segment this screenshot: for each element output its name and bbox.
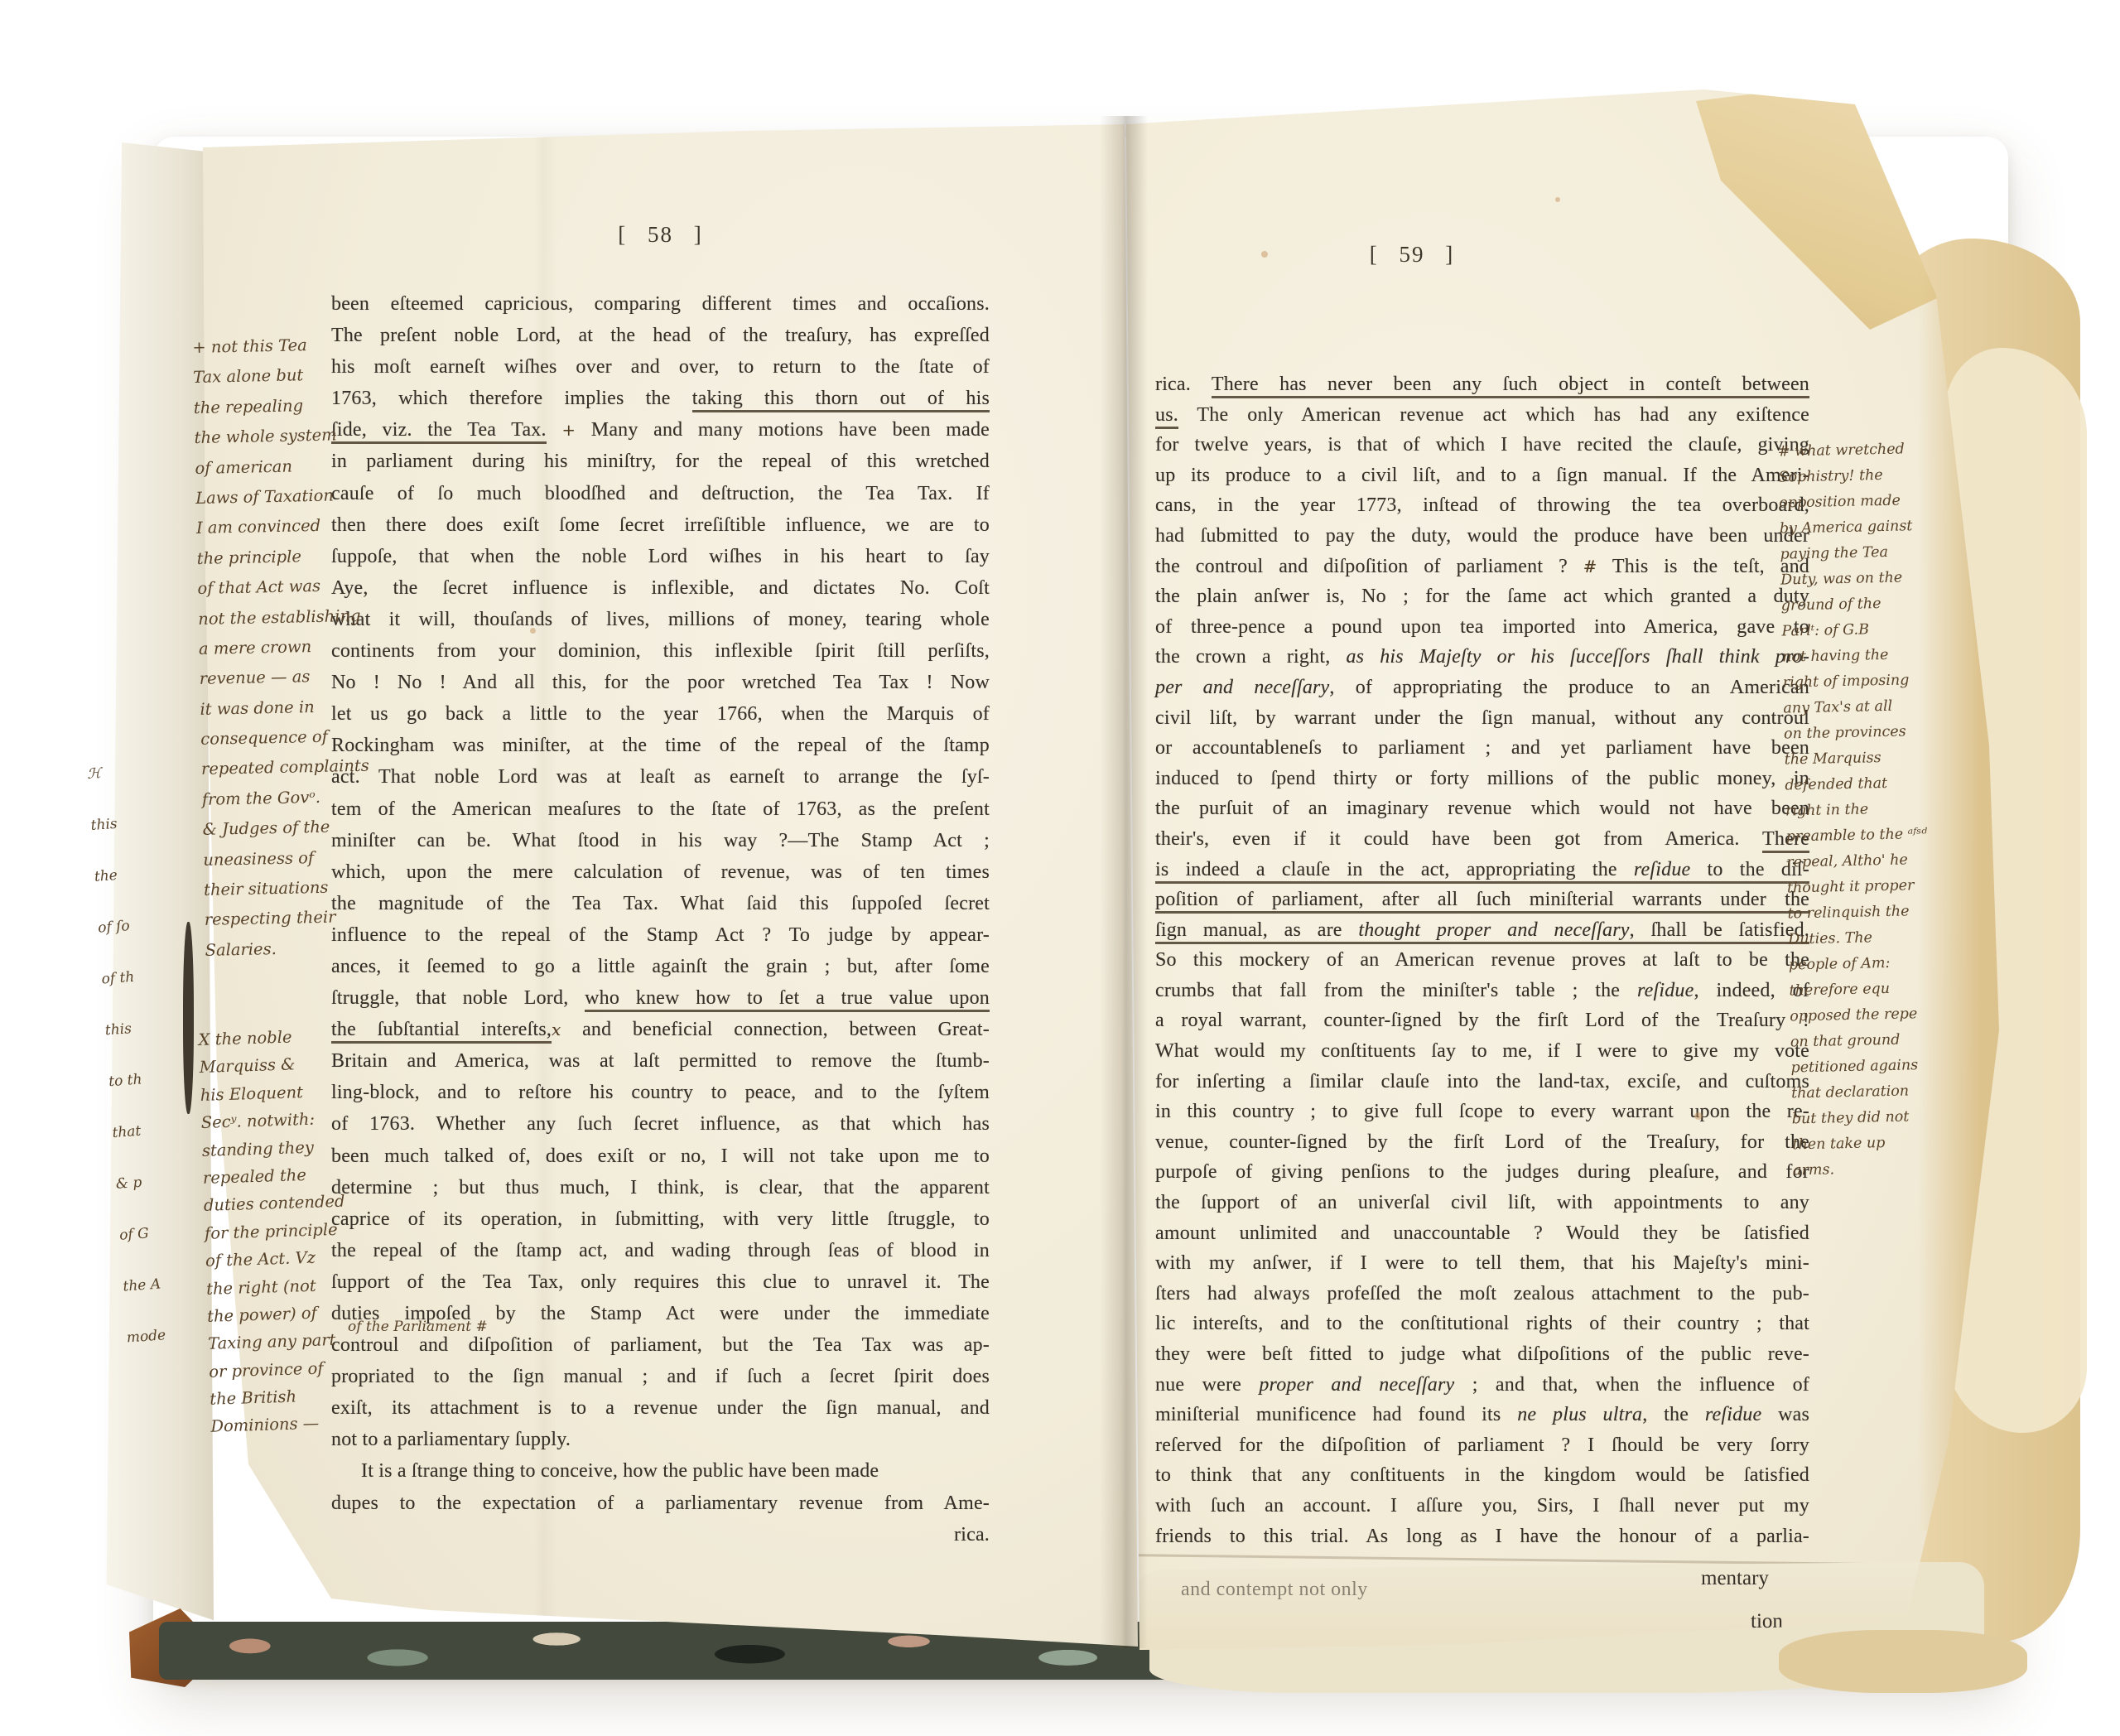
text-line: poſition of parliament, after all ſuch m… <box>1155 885 1809 915</box>
text-line: ſters had always profeſſed the moſt zeal… <box>1155 1279 1809 1309</box>
text-line: tem of the American meaſures to the ſtat… <box>331 793 990 825</box>
margin-note: Duties. The <box>1788 923 1987 952</box>
text-line: ſupport of the Tea Tax, only requires th… <box>331 1266 990 1298</box>
text-line: friends to this trial. As long as I have… <box>1155 1521 1809 1552</box>
margin-note: consequence of <box>200 721 354 755</box>
text-line: the crown a right, as his Majeſty or his… <box>1155 642 1809 673</box>
margin-note: mode <box>125 1307 205 1363</box>
margin-note: # what wretched <box>1778 436 1978 465</box>
margin-note: a mere crown <box>199 631 353 664</box>
text-line: the magnitude of the Tea Tax. What ſaid … <box>331 888 990 919</box>
text-line: act. That noble Lord was at leaſt as ear… <box>331 761 990 793</box>
page-58-text: been eſteemed capricious, comparing diff… <box>331 288 990 1550</box>
text-line: let us go back a little to the year 1766… <box>331 698 990 730</box>
margin-note: petitioned agains <box>1790 1051 1990 1081</box>
text-line: been much talked of, does exiſt or no, I… <box>331 1140 990 1172</box>
margin-note: any Tax's at all <box>1783 692 1983 722</box>
text-line: not to a parliamentary ſupply. <box>331 1424 990 1455</box>
margin-note: on the provinces <box>1784 718 1983 748</box>
text-line: What would my conſtituents ſay to me, if… <box>1155 1036 1809 1067</box>
page-59: [ 59 ] rica. There has never been any ſu… <box>1116 73 2015 1671</box>
margin-note: not having the <box>1782 641 1982 671</box>
margin-note: opposed the repe <box>1790 1000 1989 1030</box>
margin-note: Parlᵗ: of G.B <box>1781 615 1981 645</box>
margin-note: Laws of Taxation <box>195 480 349 514</box>
margin-note: duties contended <box>203 1187 357 1219</box>
text-line: been eſteemed capricious, comparing diff… <box>331 288 990 320</box>
text-line: of three-pence a pound upon tea imported… <box>1155 612 1809 643</box>
text-line: what it will, thouſands of lives, millio… <box>331 604 990 635</box>
foxing-spot <box>1555 197 1560 202</box>
margin-note: respecting their <box>204 902 358 935</box>
margin-note: Sophistry! the <box>1778 461 1978 491</box>
margin-note: + not this Tea <box>192 330 346 363</box>
gutter-shadow <box>1100 116 1148 1648</box>
text-line: purpoſe of giving penſions to the judges… <box>1155 1157 1809 1188</box>
margin-note: preamble to the ᵃᶠˢᵈ <box>1785 820 1985 850</box>
margin-note: of that Act was <box>197 571 351 604</box>
text-line: ling-block, and to reſtore his country t… <box>331 1077 990 1108</box>
text-line: their's, even if it could have been got … <box>1155 824 1809 855</box>
foxing-spot <box>530 628 536 634</box>
text-line: Britain and America, was at laſt permitt… <box>331 1045 990 1077</box>
text-line: is indeed a clauſe in the act, appropria… <box>1155 855 1809 885</box>
margin-note: Salaries. <box>205 933 359 966</box>
margin-note: for the principle <box>205 1215 359 1247</box>
margin-note: repeal, Altho' he <box>1786 846 1986 875</box>
text-line: then there does exiſt ſome ſecret irreſi… <box>331 509 990 541</box>
page-59-text: rica. There has never been any ſuch obje… <box>1155 369 1809 1551</box>
text-line: No ! No ! And all this, for the poor wre… <box>331 667 990 698</box>
text-line: miniſterial munificence had found its ne… <box>1155 1400 1809 1430</box>
text-line: ſign manual, as are thought proper and n… <box>1155 915 1809 946</box>
text-line: cauſe of ſo much bloodſhed and deſtructi… <box>331 478 990 509</box>
text-line: determine ; but thus much, I think, is c… <box>331 1172 990 1203</box>
margin-note: the whole system <box>194 420 348 453</box>
text-line: Rockingham was miniſter, at the time of … <box>331 730 990 761</box>
photograph-of-open-book: ℋthistheof ſoof ththisto ththat& pof Gth… <box>0 0 2120 1736</box>
text-line: ances, it ſeemed to go a little againſt … <box>331 951 990 982</box>
text-line: It is a ſtrange thing to conceive, how t… <box>331 1455 990 1487</box>
text-line: miniſter can be. What ſtood in his way ?… <box>331 825 990 856</box>
margin-note: arms. <box>1793 1154 1992 1184</box>
margin-note: I am convinced <box>196 510 350 543</box>
margin-note: of th <box>99 948 179 1005</box>
foxing-spot <box>1261 251 1268 258</box>
margin-note: the principle <box>196 541 350 574</box>
margin-note: that declaration <box>1791 1077 1991 1107</box>
text-line: continents from your dominion, this infl… <box>331 635 990 667</box>
text-line: reſerved for the diſpoſition of parliame… <box>1155 1430 1809 1461</box>
margin-note: Duty, was on the <box>1780 564 1980 594</box>
text-line: induced to ſpend thirty or forty million… <box>1155 764 1809 794</box>
text-line: for inſerting a ſimilar clauſe into the … <box>1155 1067 1809 1097</box>
margin-note: the A <box>121 1256 200 1312</box>
text-line: they were beſt fitted to judge what diſp… <box>1155 1339 1809 1370</box>
text-line: nue were proper and neceſſary ; and that… <box>1155 1370 1809 1401</box>
margin-note: then take up <box>1792 1128 1992 1158</box>
margin-note: by America gainst <box>1780 513 1979 542</box>
text-line: of 1763. Whether any ſuch ſecret influen… <box>331 1108 990 1140</box>
text-line: amount unlimited and unaccountable ? Wou… <box>1155 1218 1809 1249</box>
margin-note: this <box>104 1000 183 1056</box>
text-line: crumbs that fall from the miniſter's tab… <box>1155 976 1809 1006</box>
margin-note: people of Am: <box>1789 948 1988 978</box>
text-line: us. The only American revenue act which … <box>1155 400 1809 431</box>
margin-note: the repealing <box>194 390 348 423</box>
margin-note: opposition made <box>1779 487 1978 517</box>
text-line: propriated to the ſign manual ; and if ſ… <box>331 1361 990 1392</box>
text-line: ſtruggle, that noble Lord, who knew how … <box>331 982 990 1014</box>
margin-note: to relinquish the <box>1787 897 1987 927</box>
margin-note: of G <box>118 1204 197 1261</box>
hyphenated-word-fragment: mentary <box>1701 1567 1769 1590</box>
text-line: up its produce to a civil liſt, and to a… <box>1155 461 1809 491</box>
margin-note: paying the Tea <box>1780 538 1979 568</box>
text-line: rica. There has never been any ſuch obje… <box>1155 369 1809 400</box>
text-line: to think that any conſtituents in the ki… <box>1155 1460 1809 1491</box>
text-line: caprice of its operation, in ſubmitting,… <box>331 1203 990 1235</box>
interlinear-annotation: of the Parliament # <box>348 1319 488 1335</box>
underleaf-bottom-tan <box>1779 1630 2027 1693</box>
margin-note: defended that <box>1785 769 1984 798</box>
margin-note: the <box>93 846 172 903</box>
margin-note: ℋ <box>85 744 165 800</box>
text-line: with my anſwer, if I were to tell them, … <box>1155 1248 1809 1279</box>
text-line: the ſubſtantial intereſts,x and benefici… <box>331 1014 990 1045</box>
margin-note: therefore equ <box>1789 974 1988 1004</box>
page-59-margin-notes: # what wretchedSophistry! theopposition … <box>1778 436 1992 1184</box>
margin-note: of ſo <box>96 897 176 953</box>
text-line: venue, counter-ſigned by the firſt Lord … <box>1155 1127 1809 1158</box>
margin-note: & Judges of the <box>202 812 356 845</box>
text-line: the repeal of the ſtamp act, and wading … <box>331 1235 990 1266</box>
torn-partial-line: and contempt not only <box>1181 1579 1368 1601</box>
text-line: The preſent noble Lord, at the head of t… <box>331 320 990 351</box>
text-line: for twelve years, is that of which I hav… <box>1155 430 1809 461</box>
margin-note: right of imposing <box>1782 667 1982 697</box>
text-line: Aye, the ſecret influence is inflexible,… <box>331 572 990 604</box>
margin-note: Dominions — <box>210 1408 364 1440</box>
text-line: which, upon the mere calculation of reve… <box>331 856 990 888</box>
margin-note: the Marquiss <box>1784 744 1983 774</box>
text-line: civil liſt, by warrant under the ſign ma… <box>1155 703 1809 734</box>
text-line: influence to the repeal of the Stamp Act… <box>331 919 990 951</box>
text-line: exiſt, its attachment is to a revenue un… <box>331 1392 990 1424</box>
text-line: ſuppoſe, that when the noble Lord wiſhes… <box>331 541 990 572</box>
text-line: 1763, which therefore implies the taking… <box>331 383 990 414</box>
text-line: the ſupport of an univerſal civil liſt, … <box>1155 1188 1809 1218</box>
margin-note: but they did not <box>1791 1102 1991 1132</box>
margin-note: revenue — as <box>199 661 353 694</box>
text-line: the plain anſwer is, No ; for the ſame a… <box>1155 581 1809 612</box>
text-line: a royal warrant, counter-ſigned by the f… <box>1155 1005 1809 1036</box>
text-line: the purſuit of an imaginary revenue whic… <box>1155 793 1809 824</box>
margin-note: from the Govᵒ. <box>201 782 355 815</box>
binding-gap-shadow <box>183 922 194 1114</box>
text-line: cans, in the year 1773, inſtead of throw… <box>1155 490 1809 521</box>
margin-note: it was done in <box>200 692 354 725</box>
text-line: ſide, viz. the Tea Tax. + Many and many … <box>331 414 990 446</box>
foxing-spot <box>1694 1112 1703 1120</box>
margin-note: to th <box>107 1051 186 1107</box>
margin-note: on that ground <box>1790 1025 1990 1055</box>
text-line: So this mockery of an American revenue p… <box>1155 945 1809 976</box>
margin-note: not the establishing <box>198 601 352 634</box>
text-line: in parliament during his miniſtry, for t… <box>331 446 990 477</box>
text-line: with ſuch an account. I aſſure you, Sirs… <box>1155 1491 1809 1521</box>
text-line: rica. <box>331 1519 990 1550</box>
page-number-58: [ 58 ] <box>331 222 990 248</box>
text-line: dupes to the expectation of a parliament… <box>331 1488 990 1519</box>
text-line: lic intereſts, and to the conſtitutional… <box>1155 1309 1809 1339</box>
margin-note: that <box>110 1102 190 1159</box>
margin-note: thought it proper <box>1787 871 1987 901</box>
margin-note: Tax alone but <box>193 360 347 393</box>
text-line: or accountableneſs to parliament ; and y… <box>1155 733 1809 764</box>
page-58-margin-notes-upper: + not this TeaTax alone butthe repealing… <box>192 330 359 966</box>
text-line: the controul and diſpoſition of parliame… <box>1155 552 1809 582</box>
margin-note: uneasiness of <box>203 842 357 875</box>
margin-note: ground of the <box>1781 590 1981 620</box>
text-line: per and neceſſary, of appropriating the … <box>1155 673 1809 703</box>
page-58-margin-notes-lower: X the nobleMarquiss &his EloquentSecʸ. n… <box>198 1021 364 1440</box>
text-line: in this country ; to give full ſcope to … <box>1155 1097 1809 1127</box>
text-line: his moſt earneſt wiſhes over and over, t… <box>331 351 990 383</box>
page-number-59: [ 59 ] <box>1155 242 1669 268</box>
margin-note: of american <box>195 451 349 484</box>
text-line: had ſubmitted to pay the duty, would the… <box>1155 521 1809 552</box>
margin-note: repeated complaints <box>201 752 355 785</box>
margin-note: & p <box>114 1154 194 1210</box>
margin-note: right in the <box>1785 794 1985 824</box>
margin-note: their situations <box>204 872 358 905</box>
margin-note: this <box>89 795 168 851</box>
